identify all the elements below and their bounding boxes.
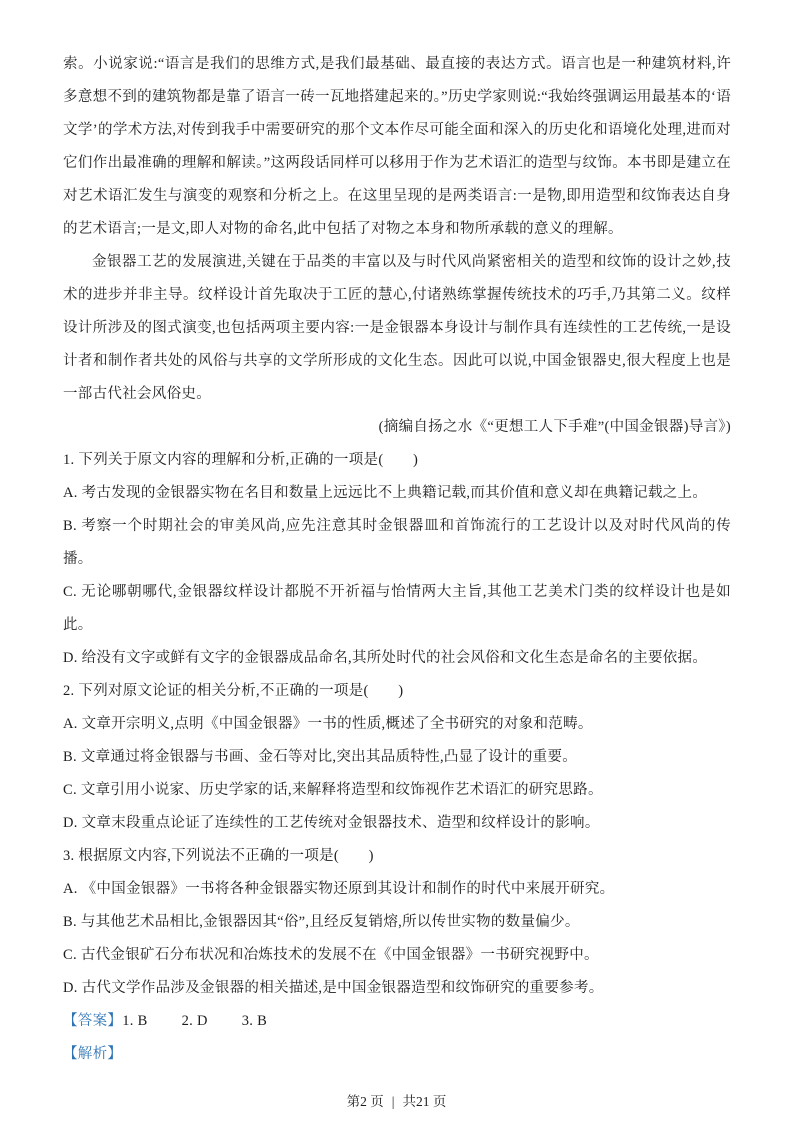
question-block-3: 3. 根据原文内容,下列说法不正确的一项是( ) A. 《中国金银器》一书将各种… (63, 840, 731, 1005)
answer-item-3: 3. B (242, 1013, 267, 1029)
question-option-a: A. 文章开宗明义,点明《中国金银器》一书的性质,概述了全书研究的对象和范畴。 (63, 708, 731, 741)
source-attribution: (摘编自扬之水《“更想工人下手难”(中国金银器)导言》) (63, 411, 731, 444)
question-option-c: C. 文章引用小说家、历史学家的话,来解释将造型和纹饰视作艺术语汇的研究思路。 (63, 774, 731, 807)
body-paragraph-continuation: 索。小说家说:“语言是我们的思维方式,是我们最基础、最直接的表达方式。语言也是一… (63, 48, 731, 246)
question-option-d: D. 古代文学作品涉及金银器的相关描述,是中国金银器造型和纹饰研究的重要参考。 (63, 972, 731, 1005)
question-option-b: B. 与其他艺术品相比,金银器因其“俗”,且经反复销熔,所以传世实物的数量偏少。 (63, 906, 731, 939)
question-stem: 3. 根据原文内容,下列说法不正确的一项是( ) (63, 840, 731, 873)
question-option-b: B. 考察一个时期社会的审美风尚,应先注意其时金银器皿和首饰流行的工艺设计以及对… (63, 510, 731, 576)
document-content: 索。小说家说:“语言是我们的思维方式,是我们最基础、最直接的表达方式。语言也是一… (63, 48, 731, 1071)
footer-separator: | (392, 1094, 395, 1109)
question-option-c: C. 古代金银矿石分布状况和冶炼技术的发展不在《中国金银器》一书研究视野中。 (63, 939, 731, 972)
answer-label: 【答案】 (63, 1013, 122, 1029)
answer-item-2: 2. D (182, 1013, 208, 1029)
question-option-d: D. 给没有文字或鲜有文字的金银器成品命名,其所处时代的社会风俗和文化生态是命名… (63, 642, 731, 675)
question-option-d: D. 文章末段重点论证了连续性的工艺传统对金银器技术、造型和纹样设计的影响。 (63, 807, 731, 840)
question-option-a: A. 《中国金银器》一书将各种金银器实物还原到其设计和制作的时代中来展开研究。 (63, 873, 731, 906)
question-stem: 2. 下列对原文论证的相关分析,不正确的一项是( ) (63, 675, 731, 708)
question-stem: 1. 下列关于原文内容的理解和分析,正确的一项是( ) (63, 444, 731, 477)
question-option-c: C. 无论哪朝哪代,金银器纹样设计都脱不开祈福与怡情两大主旨,其他工艺美术门类的… (63, 576, 731, 642)
question-block-1: 1. 下列关于原文内容的理解和分析,正确的一项是( ) A. 考古发现的金银器实… (63, 444, 731, 675)
body-paragraph: 金银器工艺的发展演进,关键在于品类的丰富以及与时代风尚紧密相关的造型和纹饰的设计… (63, 246, 731, 411)
document-page: 索。小说家说:“语言是我们的思维方式,是我们最基础、最直接的表达方式。语言也是一… (0, 0, 793, 1122)
footer-total-pages: 共21 页 (402, 1094, 446, 1109)
footer-page-number: 第2 页 (347, 1094, 384, 1109)
analysis-label: 【解析】 (63, 1038, 731, 1071)
page-footer: 第2 页|共21 页 (0, 1090, 793, 1110)
question-option-a: A. 考古发现的金银器实物在名目和数量上远远比不上典籍记载,而其价值和意义却在典… (63, 477, 731, 510)
question-block-2: 2. 下列对原文论证的相关分析,不正确的一项是( ) A. 文章开宗明义,点明《… (63, 675, 731, 840)
answer-item-1: 1. B (122, 1013, 147, 1029)
answer-line: 【答案】1. B2. D3. B (63, 1005, 731, 1038)
question-option-b: B. 文章通过将金银器与书画、金石等对比,突出其品质特性,凸显了设计的重要。 (63, 741, 731, 774)
